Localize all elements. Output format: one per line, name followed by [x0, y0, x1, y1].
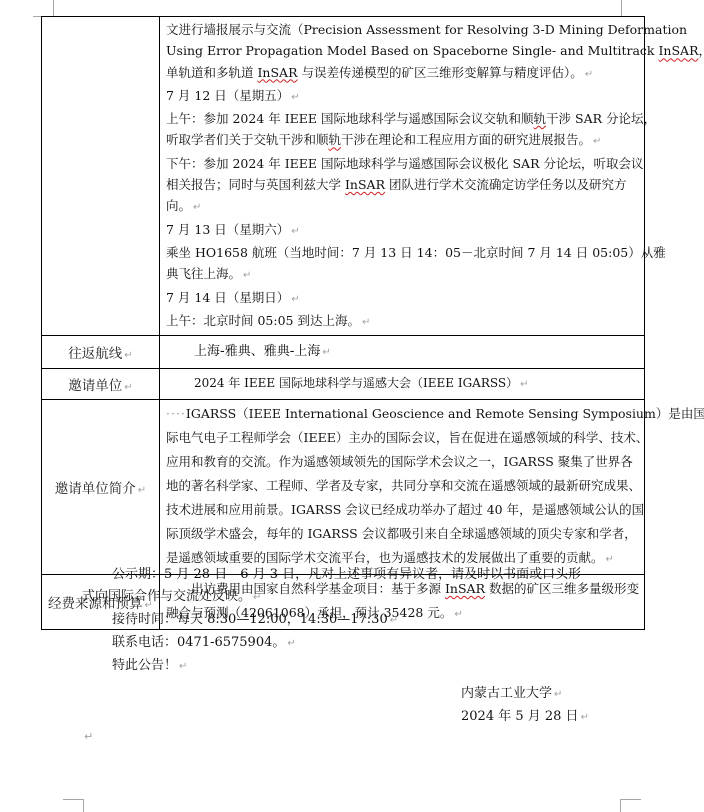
itinerary-line: 上午：参加 2024 年 IEEE 国际地球科学与遥感国际会议交轨和顺轨干涉 S… — [166, 108, 641, 129]
intro-line: ····IGARSS（IEEE International Geoscience… — [166, 402, 641, 426]
table-row-inviter: 邀请单位↵ 2024 年 IEEE 国际地球科学与遥感大会（IEEE IGARS… — [42, 369, 645, 400]
intro-line: 际顶级学术盛会，每年的 IGARSS 会议都吸引来自全球遥感领域的顶尖专家和学者… — [166, 522, 641, 546]
route-value: 上海-雅典、雅典-上海 — [194, 344, 320, 359]
page-corner-mark-top-right — [621, 0, 642, 17]
paragraph-mark-icon: ↵ — [138, 485, 146, 496]
page-corner-mark-top-left — [33, 0, 54, 17]
paragraph-mark-icon: ↵ — [520, 379, 528, 390]
itinerary-label-cell[interactable] — [42, 17, 160, 336]
notice-reception-hours: 接待时间：每天 8:30—12:00，14:30—17:30↵ — [82, 609, 642, 632]
itinerary-line: 乘坐 HO1658 航班（当地时间：7 月 13 日 14：05－北京时间 7 … — [166, 242, 641, 263]
paragraph-mark-icon: ↵ — [243, 270, 251, 281]
spellcheck-underline: 轨 — [329, 132, 342, 147]
paragraph-mark-icon: ↵ — [124, 350, 132, 361]
spellcheck-underline: 轨 — [534, 111, 547, 126]
itinerary-line: 向。↵ — [166, 195, 641, 218]
paragraph-mark-icon: ↵ — [291, 226, 299, 237]
inviter-value: 2024 年 IEEE 国际地球科学与遥感大会（IEEE IGARSS） — [194, 376, 518, 390]
paragraph-mark-icon: ↵ — [322, 347, 330, 358]
intro-line: 地的著名科学家、工程师、学者及专家，共同分享和交流在遥感领域的最新研究成果、 — [166, 474, 641, 498]
spellcheck-underline: InSAR — [345, 177, 385, 192]
inviter-value-cell[interactable]: 2024 年 IEEE 国际地球科学与遥感大会（IEEE IGARSS）↵ — [160, 369, 645, 400]
itinerary-line: 下午：参加 2024 年 IEEE 国际地球科学与遥感国际会议极化 SAR 分论… — [166, 153, 641, 174]
paragraph-mark-icon: ↵ — [287, 638, 295, 649]
paragraph-mark-icon: ↵ — [291, 92, 299, 103]
page-corner-mark-bottom-left — [63, 799, 84, 812]
itinerary-line: 单轨道和多轨道 InSAR 与误差传递模型的矿区三维形变解算与精度评估）。↵ — [166, 62, 641, 85]
itinerary-line: 7 月 13 日（星期六）↵ — [166, 219, 641, 242]
table-row-route: 往返航线↵ 上海-雅典、雅典-上海↵ — [42, 336, 645, 369]
intro-label-cell[interactable]: 邀请单位简介↵ — [42, 400, 160, 575]
route-label-cell[interactable]: 往返航线↵ — [42, 336, 160, 369]
notice-period-line: 式向国际合作与交流处反映。↵ — [82, 586, 642, 609]
inviter-label-cell[interactable]: 邀请单位↵ — [42, 369, 160, 400]
spellcheck-underline: InSAR — [257, 65, 297, 80]
paragraph-mark-icon: ↵ — [124, 382, 132, 393]
paragraph-mark-icon: ↵ — [585, 69, 593, 80]
intro-label: 邀请单位简介 — [55, 481, 136, 497]
signature-org: 内蒙古工业大学↵ — [461, 683, 589, 706]
public-notice: 公示期：5 月 28 日—6 月 3 日，凡对上述事项有异议者，请及时以书面或口… — [82, 564, 642, 678]
paragraph-mark-icon: ↵ — [179, 661, 187, 672]
itinerary-line: 听取学者们关于交轨干涉和顺轨干涉在理论和工程应用方面的研究进展报告。↵ — [166, 129, 641, 152]
notice-closing: 特此公告！↵ — [82, 655, 642, 678]
paragraph-mark-icon: ↵ — [554, 689, 562, 700]
itinerary-line: 相关报告；同时与英国利兹大学 InSAR 团队进行学术交流确定访学任务以及研究方 — [166, 174, 641, 195]
itinerary-content-cell[interactable]: 文进行墙报展示与交流（Precision Assessment for Reso… — [160, 17, 645, 336]
route-label: 往返航线 — [68, 346, 122, 362]
empty-paragraph-mark-icon[interactable]: ↵ — [84, 730, 93, 743]
intro-line: 应用和教育的交流。作为遥感领域领先的国际学术会议之一，IGARSS 聚集了世界各 — [166, 450, 641, 474]
paragraph-mark-icon: ↵ — [581, 712, 589, 723]
spellcheck-underline: InSAR — [658, 43, 698, 58]
paragraph-mark-icon: ↵ — [390, 615, 398, 626]
intro-line: 技术进展和应用前景。IGARSS 会议已经成功举办了超过 40 年，是遥感领域公… — [166, 498, 641, 522]
paragraph-mark-icon: ↵ — [193, 202, 201, 213]
paragraph-mark-icon: ↵ — [291, 294, 299, 305]
itinerary-line: 7 月 14 日（星期日）↵ — [166, 287, 641, 310]
itinerary-lines: 文进行墙报展示与交流（Precision Assessment for Reso… — [166, 19, 641, 333]
intro-line: 际电气电子工程师学会（IEEE）主办的国际会议，旨在促进在遥感领域的科学、技术、 — [166, 426, 641, 450]
notice-phone: 联系电话：0471-6575904。↵ — [82, 632, 642, 655]
itinerary-line: 文进行墙报展示与交流（Precision Assessment for Reso… — [166, 19, 641, 40]
signature-block: 内蒙古工业大学↵ 2024 年 5 月 28 日↵ — [461, 683, 589, 729]
itinerary-line: 7 月 12 日（星期五）↵ — [166, 85, 641, 108]
inviter-label: 邀请单位 — [68, 378, 122, 394]
page-corner-mark-bottom-right — [620, 799, 641, 812]
itinerary-line: 上午：北京时间 05:05 到达上海。↵ — [166, 310, 641, 333]
indent-dots: ···· — [166, 406, 186, 421]
paragraph-mark-icon: ↵ — [362, 317, 370, 328]
notice-period-line: 公示期：5 月 28 日—6 月 3 日，凡对上述事项有异议者，请及时以书面或口… — [82, 564, 642, 586]
table-row-inviter-intro: 邀请单位简介↵ ····IGARSS（IEEE International Ge… — [42, 400, 645, 575]
route-value-cell[interactable]: 上海-雅典、雅典-上海↵ — [160, 336, 645, 369]
itinerary-line: Using Error Propagation Model Based on S… — [166, 40, 641, 61]
paragraph-mark-icon: ↵ — [253, 592, 261, 603]
itinerary-line: 典飞往上海。↵ — [166, 263, 641, 286]
intro-content-cell[interactable]: ····IGARSS（IEEE International Geoscience… — [160, 400, 645, 575]
itinerary-table: 文进行墙报展示与交流（Precision Assessment for Reso… — [41, 16, 645, 630]
signature-date: 2024 年 5 月 28 日↵ — [461, 706, 589, 729]
table-row-itinerary: 文进行墙报展示与交流（Precision Assessment for Reso… — [42, 17, 645, 336]
paragraph-mark-icon: ↵ — [593, 136, 601, 147]
